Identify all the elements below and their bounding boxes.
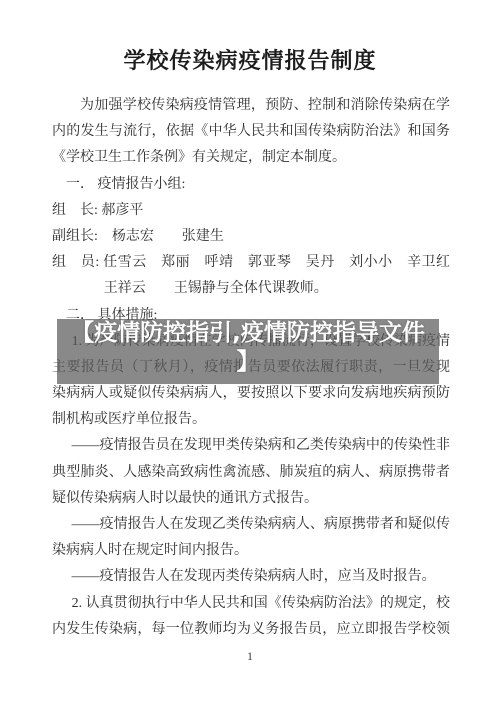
document-line: 染病病人时在规定时间内报告。 xyxy=(52,538,450,564)
page-number: 1 xyxy=(0,648,500,664)
watermark-banner: 【疫情防控指引,疫情防控指导文件 】 xyxy=(57,319,439,384)
document-line: 组 员: 任雪云 郑丽 呼靖 郭亚琴 吴丹 刘小小 辛卫红 xyxy=(52,250,450,276)
document-page: 学校传染病疫情报告制度 为加强学校传染病疫情管理，预防、控制和消除传染病在学校内… xyxy=(0,0,500,706)
document-line: 内发生传染病，每一位教师均为义务报告员，应立即报告学校领 xyxy=(52,617,450,643)
document-line: 王祥云 王锡静与全体代课教师。 xyxy=(52,276,450,302)
document-line: 疑似传染病病人时以最快的通讯方式报告。 xyxy=(52,486,450,512)
document-line: ——疫情报告员在发现甲类传染病和乙类传染病中的传染性非 xyxy=(52,433,450,459)
document-line: 副组长: 杨志宏 张建生 xyxy=(52,224,450,250)
document-line: 《学校卫生工作条例》有关规定，制定本制度。 xyxy=(52,145,450,171)
document-title: 学校传染病疫情报告制度 xyxy=(0,44,500,78)
document-line: ——疫情报告人在发现丙类传染病病人时，应当及时报告。 xyxy=(52,564,450,590)
document-line: 为加强学校传染病疫情管理，预防、控制和消除传染病在学校 xyxy=(52,93,450,119)
document-line: 组 长: 郝彦平 xyxy=(52,198,450,224)
document-line: ——疫情报告人在发现乙类传染病病人、病原携带者和疑似传 xyxy=(52,512,450,538)
document-line: 典型肺炎、人感染高致病性禽流感、肺炭疽的病人、病原携带者和 xyxy=(52,460,450,486)
document-line: 内的发生与流行，依据《中华人民共和国传染病防治法》和国务院 xyxy=(52,119,450,145)
document-line: 制机构或医疗单位报告。 xyxy=(52,407,450,433)
watermark-text-line1: 【疫情防控指引,疫情防控指导文件 xyxy=(71,320,425,347)
document-line: 2. 认真贯彻执行中华人民共和国《传染病防治法》的规定，校 xyxy=(52,591,450,617)
document-line: 一． 疫情报告小组: xyxy=(52,172,450,198)
watermark-text-line2: 】 xyxy=(237,347,260,377)
document-line: 染病病人或疑似传染病病人，要按照以下要求向发病地疾病预防控 xyxy=(52,381,450,407)
